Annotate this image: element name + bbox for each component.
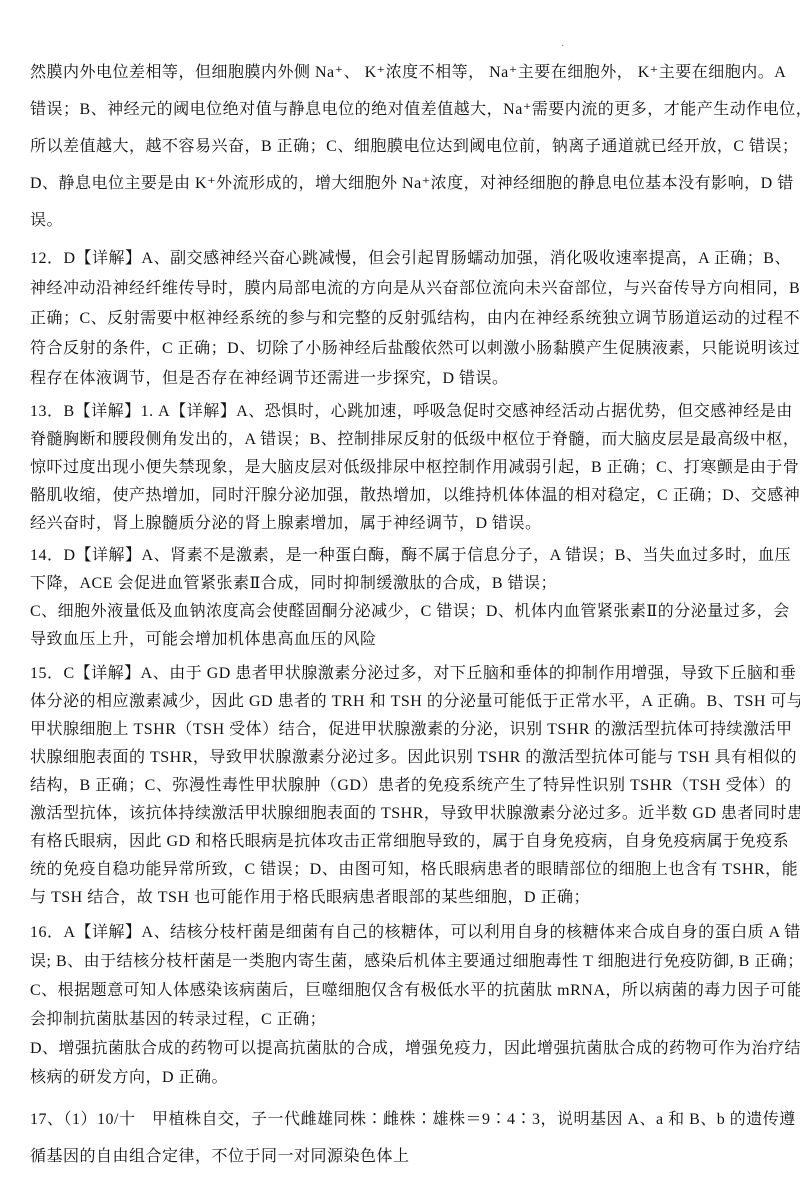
text-line: 所以差值越大，越不容易兴奋，B 正确；C、细胞膜电位达到阈电位前，钠离子通道就已… (30, 128, 772, 165)
text-line: 激活型抗体，该抗体持续激活甲状腺细胞表面的 TSHR，导致甲状腺激素分泌过多。近… (30, 800, 772, 828)
paragraph-answer-12: 12．D【详解】A、副交感神经兴奋心跳减慢，但会引起胃肠蠕动加强，消化吸收速率提… (30, 244, 772, 394)
text-line: 神经冲动沿神经纤维传导时，膜内局部电流的方向是从兴奋部位流向未兴奋部位，与兴奋传… (30, 274, 772, 304)
text-line: 结构，B 正确；C、弥漫性毒性甲状腺肿（GD）患者的免疫系统产生了特异性识别 T… (30, 772, 772, 800)
text-line: 甲状腺细胞上 TSHR（TSH 受体）结合，促进甲状腺激素的分泌，识别 TSHR… (30, 716, 772, 744)
text-line: 17、（1）10/十 甲植株自交，子一代雌雄同株∶雌株∶雄株＝9∶4∶3，说明基… (30, 1101, 772, 1138)
text-line: 有格氏眼病，因此 GD 和格氏眼病是抗体攻击正常细胞导致的，属于自身免疫病，自身… (30, 828, 772, 856)
text-line: 15．C【详解】A、由于 GD 患者甲状腺激素分泌过多，对下丘脑和垂体的抑制作用… (30, 660, 772, 688)
text-line: 状腺细胞表面的 TSHR，导致甲状腺激素分泌过多。因此识别 TSHR 的激活型抗… (30, 744, 772, 772)
text-line: 统的免疫自稳功能异常所致，C 错误；D、由图可知，格氏眼病患者的眼睛部位的细胞上… (30, 856, 772, 884)
paragraph-answer-16: 16．A【详解】A、结核分枝杆菌是细菌有自己的核糖体，可以利用自身的核糖体来合成… (30, 918, 772, 1092)
text-line: 程存在体液调节，但是否存在神经调节还需进一步探究，D 错误。 (30, 364, 772, 394)
text-line: 惊吓过度出现小便失禁现象，是大脑皮层对低级排尿中枢控制作用减弱引起，B 正确；C… (30, 454, 772, 482)
text-line: D、增强抗菌肽合成的药物可以提高抗菌肽的合成，增强免疫力，因此增强抗菌肽合成的药… (30, 1034, 772, 1063)
text-line: 下降，ACE 会促进血管紧张素Ⅱ合成，同时抑制缓激肽的合成，B 错误； (30, 570, 772, 598)
text-line: 脊髓胸断和腰段侧角发出的，A 错误；B、控制排尿反射的低级中枢位于脊髓，而大脑皮… (30, 426, 772, 454)
paragraph-answer-14: 14．D【详解】A、肾素不是激素，是一种蛋白酶，酶不属于信息分子，A 错误；B、… (30, 542, 772, 654)
text-line: D、静息电位主要是由 K⁺外流形成的，增大细胞外 Na⁺浓度，对神经细胞的静息电… (30, 165, 772, 202)
text-line: 骼肌收缩，使产热增加，同时汗腺分泌加强，散热增加，以维持机体体温的相对稳定，C … (30, 482, 772, 510)
text-line: 导致血压上升，可能会增加机体患高血压的风险 (30, 626, 772, 654)
text-line: 误。 (30, 202, 772, 239)
paragraph-answer-13: 13．B【详解】1. A【详解】A、恐惧时，心跳加速，呼吸急促时交感神经活动占据… (30, 398, 772, 538)
text-line: C、根据题意可知人体感染该病菌后，巨噬细胞仅含有极低水平的抗菌肽 mRNA，所以… (30, 976, 772, 1005)
document-page: · 然膜内外电位差相等，但细胞膜内外侧 Na⁺、 K⁺浓度不相等， Na⁺主要在… (0, 0, 800, 1193)
text-line: 误; B、由于结核分枝杆菌是一类胞内寄生菌，感染后机体主要通过细胞毒性 T 细胞… (30, 947, 772, 976)
text-line: 循基因的自由组合定律，不位于同一对同源染色体上 (30, 1138, 772, 1175)
text-line: 符合反射的条件，C 正确；D、切除了小肠神经后盐酸依然可以刺激小肠黏膜产生促胰液… (30, 334, 772, 364)
text-line: 体分泌的相应激素减少，因此 GD 患者的 TRH 和 TSH 的分泌量可能低于正… (30, 688, 772, 716)
text-line: 与 TSH 结合，故 TSH 也可能作用于格氏眼病患者眼部的某些细胞，D 正确； (30, 884, 772, 912)
text-line: 14．D【详解】A、肾素不是激素，是一种蛋白酶，酶不属于信息分子，A 错误；B、… (30, 542, 772, 570)
paragraph-answer-11-continuation: 然膜内外电位差相等，但细胞膜内外侧 Na⁺、 K⁺浓度不相等， Na⁺主要在细胞… (30, 54, 772, 239)
text-line: 正确；C、反射需要中枢神经系统的参与和完整的反射弧结构，由内在神经系统独立调节肠… (30, 304, 772, 334)
text-line: 会抑制抗菌肽基因的转录过程，C 正确； (30, 1005, 772, 1034)
text-line: C、细胞外液量低及血钠浓度高会使醛固酮分泌减少，C 错误；D、机体内血管紧张素Ⅱ… (30, 598, 772, 626)
text-line: 经兴奋时，肾上腺髓质分泌的肾上腺素增加，属于神经调节，D 错误。 (30, 510, 772, 538)
text-line: 13．B【详解】1. A【详解】A、恐惧时，心跳加速，呼吸急促时交感神经活动占据… (30, 398, 772, 426)
scan-artifact-dot: · (561, 42, 564, 52)
paragraph-answer-15: 15．C【详解】A、由于 GD 患者甲状腺激素分泌过多，对下丘脑和垂体的抑制作用… (30, 660, 772, 912)
text-line: 核病的研发方向，D 正确。 (30, 1063, 772, 1092)
text-line: 12．D【详解】A、副交感神经兴奋心跳减慢，但会引起胃肠蠕动加强，消化吸收速率提… (30, 244, 772, 274)
text-line: 错误；B、神经元的阈电位绝对值与静息电位的绝对值差值越大，Na⁺需要内流的更多，… (30, 91, 772, 128)
paragraph-answer-17-part1: 17、（1）10/十 甲植株自交，子一代雌雄同株∶雌株∶雄株＝9∶4∶3，说明基… (30, 1101, 772, 1175)
text-line: 然膜内外电位差相等，但细胞膜内外侧 Na⁺、 K⁺浓度不相等， Na⁺主要在细胞… (30, 54, 772, 91)
text-line: 16．A【详解】A、结核分枝杆菌是细菌有自己的核糖体，可以利用自身的核糖体来合成… (30, 918, 772, 947)
